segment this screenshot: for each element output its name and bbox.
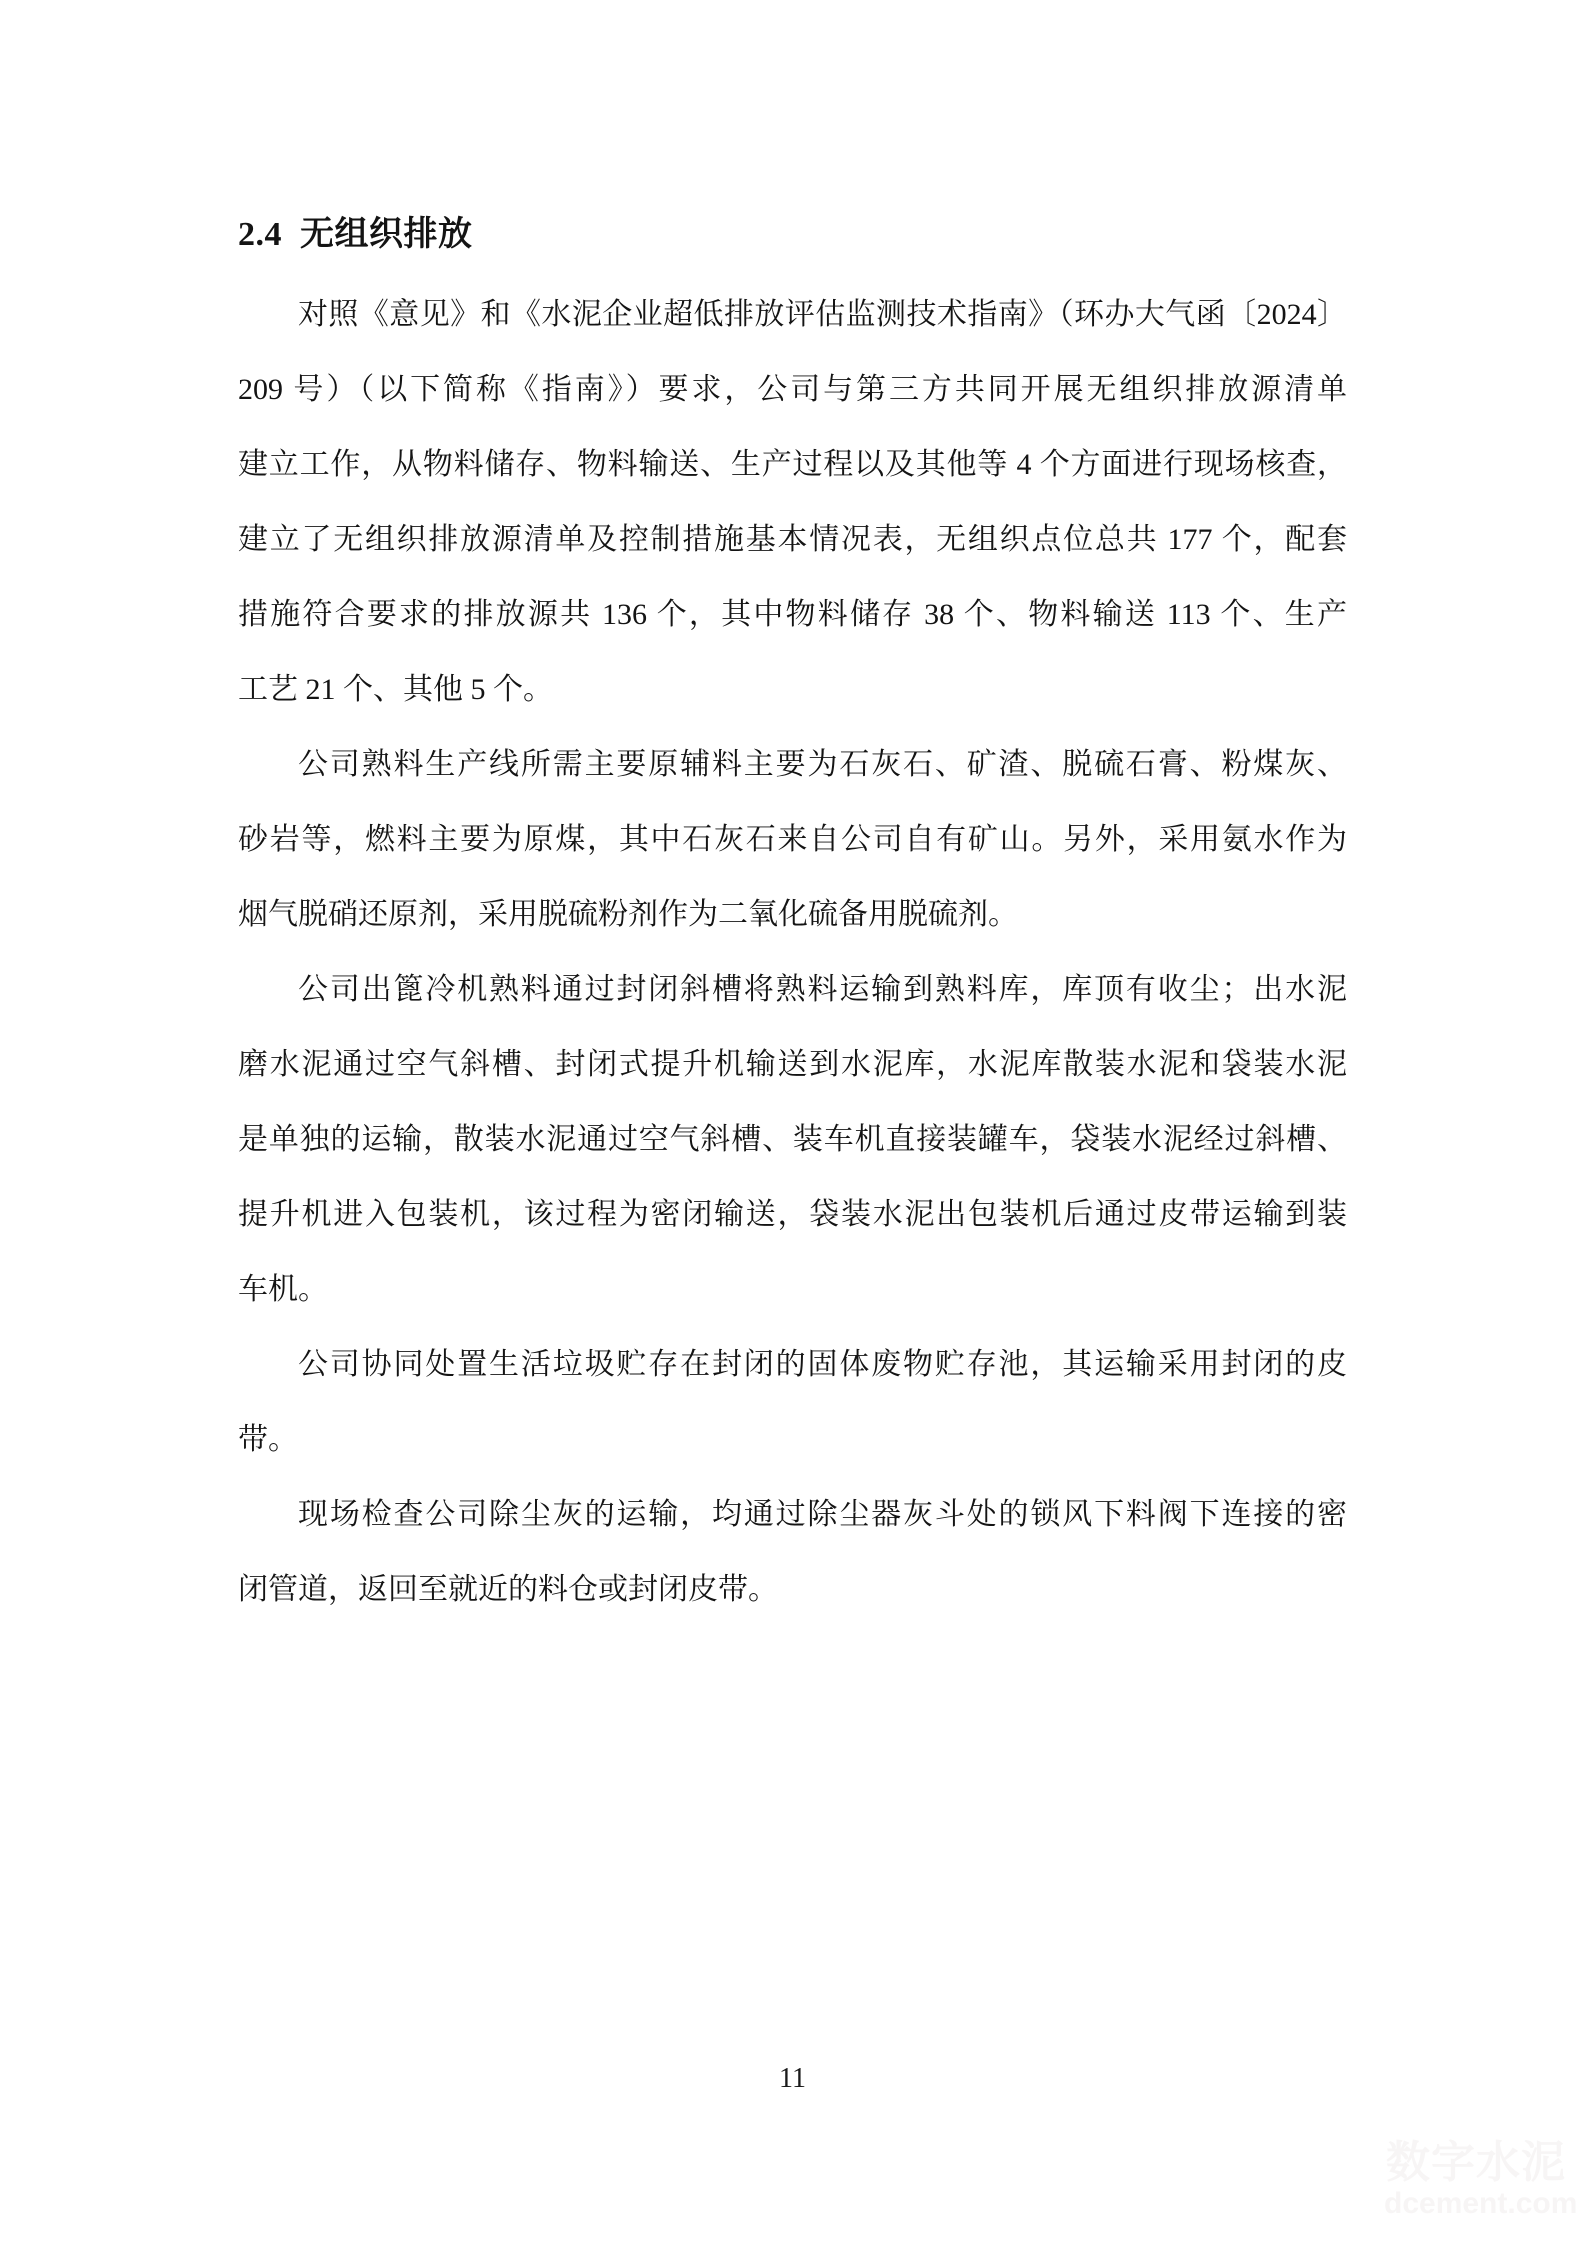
body-line-9: 烟气脱硝还原剂，采用脱硫粉剂作为二氧化硫备用脱硫剂。	[238, 877, 1347, 952]
section-title: 无组织排放	[300, 216, 473, 253]
body-line-5: 措施符合要求的排放源共 136 个，其中物料储存 38 个、物料输送 113 个…	[238, 577, 1347, 652]
body-line-3: 建立工作，从物料储存、物料输送、生产过程以及其他等 4 个方面进行现场核查，	[238, 427, 1347, 502]
body-line-4: 建立了无组织排放源清单及控制措施基本情况表，无组织点位总共 177 个，配套	[238, 502, 1347, 577]
page-number: 11	[238, 2062, 1347, 2096]
body-line-6: 工艺 21 个、其他 5 个。	[238, 652, 1347, 727]
body-line-2: 209 号）（以下简称《指南》）要求，公司与第三方共同开展无组织排放源清单	[238, 352, 1347, 427]
watermark-title: 数字水泥	[1384, 2138, 1568, 2188]
body-line-10: 公司出篦冷机熟料通过封闭斜槽将熟料运输到熟料库，库顶有收尘；出水泥	[238, 952, 1347, 1027]
body-line-16: 带。	[238, 1402, 1347, 1477]
watermark: 数字水泥 dcement.com	[1384, 2138, 1568, 2220]
body-line-14: 车机。	[238, 1252, 1347, 1327]
body-text: 对照《意见》和《水泥企业超低排放评估监测技术指南》（环办大气函〔2024〕 20…	[238, 277, 1347, 1627]
document-page: 2.4无组织排放 对照《意见》和《水泥企业超低排放评估监测技术指南》（环办大气函…	[0, 0, 1587, 2245]
section-number: 2.4	[238, 216, 282, 253]
body-line-18: 闭管道，返回至就近的料仓或封闭皮带。	[238, 1552, 1347, 1627]
body-line-7: 公司熟料生产线所需主要原辅料主要为石灰石、矿渣、脱硫石膏、粉煤灰、	[238, 727, 1347, 802]
body-line-12: 是单独的运输，散装水泥通过空气斜槽、装车机直接装罐车，袋装水泥经过斜槽、	[238, 1102, 1347, 1177]
body-line-17: 现场检查公司除尘灰的运输，均通过除尘器灰斗处的锁风下料阀下连接的密	[238, 1477, 1347, 1552]
watermark-domain: dcement.com	[1384, 2188, 1568, 2220]
section-heading: 2.4无组织排放	[238, 213, 473, 257]
body-line-11: 磨水泥通过空气斜槽、封闭式提升机输送到水泥库，水泥库散装水泥和袋装水泥	[238, 1027, 1347, 1102]
body-line-8: 砂岩等，燃料主要为原煤，其中石灰石来自公司自有矿山。另外，采用氨水作为	[238, 802, 1347, 877]
body-line-15: 公司协同处置生活垃圾贮存在封闭的固体废物贮存池，其运输采用封闭的皮	[238, 1327, 1347, 1402]
body-line-13: 提升机进入包装机，该过程为密闭输送，袋装水泥出包装机后通过皮带运输到装	[238, 1177, 1347, 1252]
body-line-1: 对照《意见》和《水泥企业超低排放评估监测技术指南》（环办大气函〔2024〕	[238, 277, 1347, 352]
